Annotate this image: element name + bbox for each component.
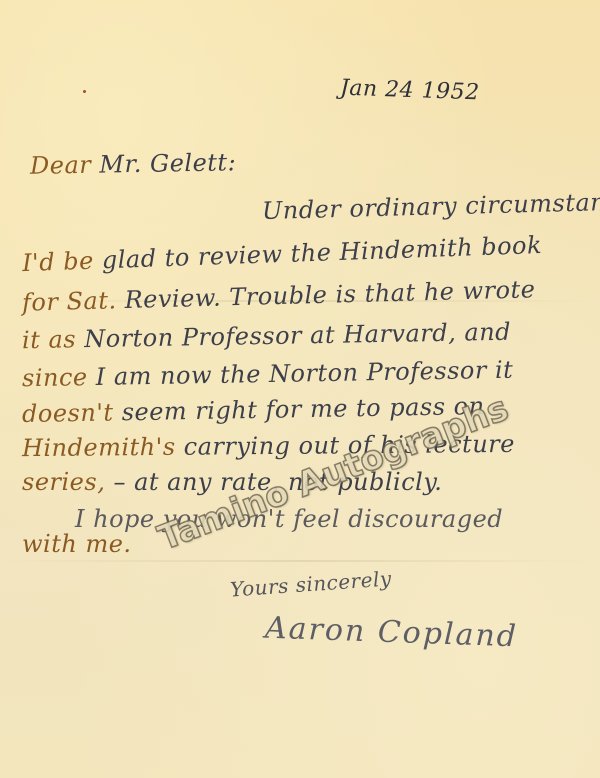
letter-line: since I am now the Norton Professor it — [22, 356, 514, 393]
line-text: Review. Trouble is that he wrote — [116, 275, 536, 314]
line-lead: since — [22, 363, 88, 392]
paper-fold-line — [0, 560, 600, 562]
letter-page: Jan 24 1952 Dear Mr. Gelett: Under ordin… — [0, 0, 600, 778]
line-lead: with me. — [22, 530, 132, 558]
letter-line: I'd be glad to review the Hindemith book — [22, 231, 543, 277]
letter-line: for Sat. Review. Trouble is that he wrot… — [22, 275, 536, 316]
letter-signature: Aaron Copland — [264, 611, 518, 655]
letter-salutation: Dear Mr. Gelett: — [30, 148, 237, 180]
salutation-dear: Dear — [30, 151, 92, 180]
letter-line: with me. — [22, 530, 132, 558]
salutation-name: Mr. Gelett: — [91, 148, 236, 179]
line-lead: I'd be — [22, 247, 95, 277]
letter-line: Under ordinary circumstances — [262, 187, 600, 225]
paper-speck — [83, 90, 86, 93]
line-lead: Hindemith's — [22, 433, 176, 462]
line-lead: doesn't — [22, 398, 114, 428]
line-text: Under ordinary circumstances — [262, 187, 600, 225]
letter-closing: Yours sincerely — [229, 566, 392, 601]
line-text: I am now the Norton Professor it — [87, 356, 513, 391]
line-lead: it as — [22, 325, 77, 354]
letter-line: it as Norton Professor at Harvard, and — [22, 318, 511, 355]
line-text: glad to review the Hindemith book — [93, 231, 542, 275]
line-text: Norton Professor at Harvard, and — [76, 318, 511, 354]
line-lead: for Sat. — [22, 286, 117, 316]
letter-date: Jan 24 1952 — [340, 76, 480, 106]
line-lead: series, — [22, 468, 105, 496]
